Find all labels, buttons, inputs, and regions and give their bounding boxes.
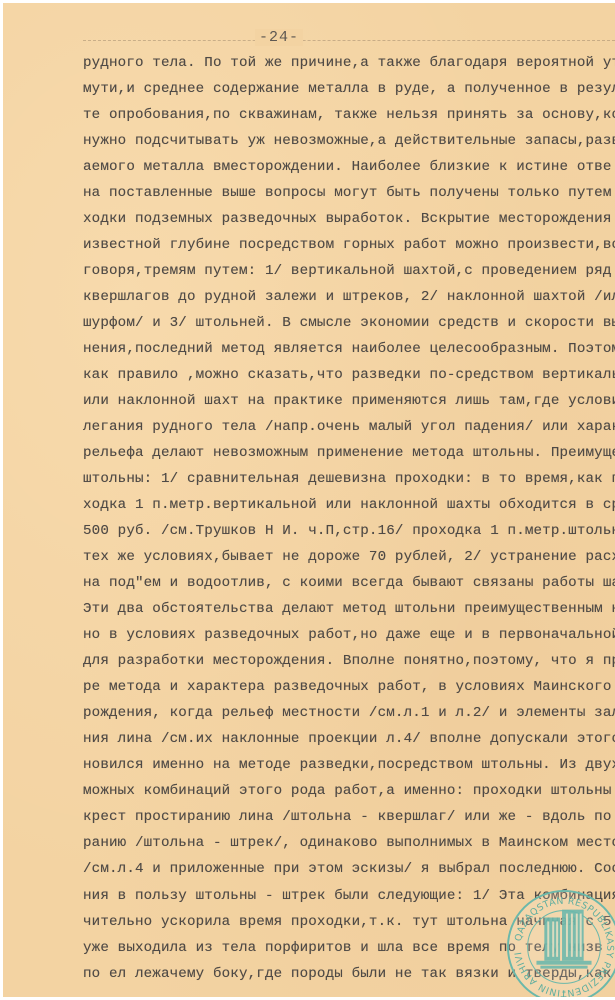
text-line: нения,последний метод является наиболее … [83,336,615,362]
document-page: -24- рудного тела. По той же причине,а т… [3,3,615,997]
text-line: говоря,тремям путем: 1/ вертикальной шах… [83,258,615,284]
text-line: легания рудного тела /напр.очень малый у… [83,414,615,440]
text-line: ранию /штольна - штрек/, одинаково выпол… [83,830,615,856]
text-line: рельефа делают невозможным применение ме… [83,440,615,466]
text-line: новился именно на методе разведки,посред… [83,752,615,778]
text-line: для разработки месторождения. Вполне пон… [83,648,615,674]
text-line: те опробования,по скважинам, также нельз… [83,102,615,128]
text-line: на поставленные выше вопросы могут быть … [83,180,615,206]
text-line: тех же условиях,бывает не дороже 70 рубл… [83,544,615,570]
text-line: нужно подсчитывать уж невозможные,а дейс… [83,128,615,154]
text-line: ре метода и характера разведочных работ,… [83,674,615,700]
svg-text:*: * [562,989,566,997]
text-line: как правило ,можно сказать,что разведки … [83,362,615,388]
text-line: квершлагов до рудной залежи и штреков, 2… [83,284,615,310]
text-line: на под"ем и водоотлив, с коими всегда бы… [83,570,615,596]
text-line: /см.л.4 и приложенные при этом эскизы/ я… [83,856,615,882]
text-line: но в условиях разведочных работ,но даже … [83,622,615,648]
text-line: крест простиранию лина /штольна - квершл… [83,804,615,830]
text-line: ходки подземных разведочных выработок. В… [83,206,615,232]
text-line: ния лина /см.их наклонные проекции л.4/ … [83,726,615,752]
text-line: шурфом/ и 3/ штольней. В смысле экономии… [83,310,615,336]
archive-stamp-icon: QAZAQSTAN RESPUBLIKASY PREZIDENTININ ARH… [505,888,615,997]
text-line: рождения, когда рельеф местности /см.л.1… [83,700,615,726]
text-line: или наклонной шахт на практике применяют… [83,388,615,414]
text-line: 500 руб. /см.Трушков Н И. ч.П,стр.16/ пр… [83,518,615,544]
text-line: штольны: 1/ сравнительная дешевизна прох… [83,466,615,492]
text-line: мути,и среднее содержание металла в руде… [83,76,615,102]
page-number: -24- [255,29,303,46]
text-line: аемого металла вместорождении. Наиболее … [83,154,615,180]
text-line: известной глубине посредством горных раб… [83,232,615,258]
text-line: можных комбинаций этого рода работ,а име… [83,778,615,804]
text-line: рудного тела. По той же причине,а также … [83,50,615,76]
text-line: ходка 1 п.метр.вертикальной или наклонно… [83,492,615,518]
header-divider [83,40,615,41]
document-body: рудного тела. По той же причине,а также … [83,50,615,987]
text-line: Эти два обстоятельства делают метод штол… [83,596,615,622]
